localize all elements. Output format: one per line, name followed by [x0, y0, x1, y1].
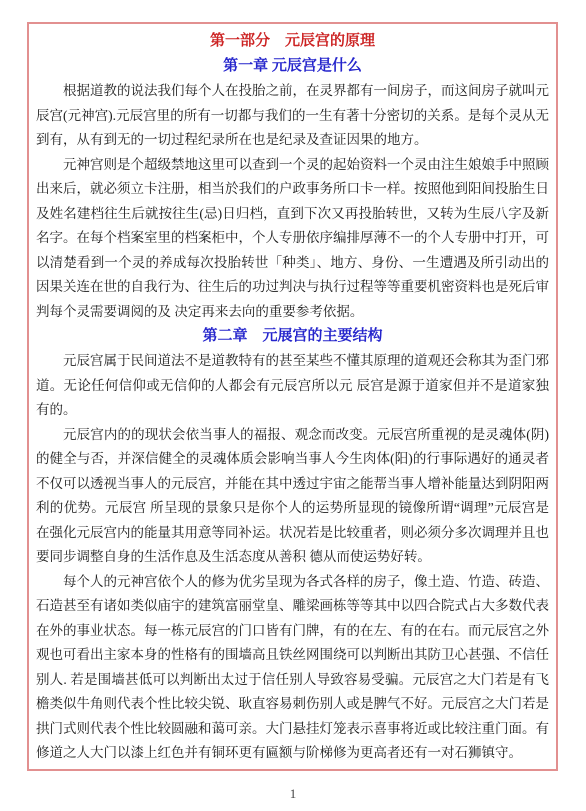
paragraph-house-appearance: 每个人的元神宫依个人的修为优劣呈现为各式各样的房子，像土造、竹造、砖造、石造甚至… — [36, 570, 549, 766]
chapter1-heading: 第一章 元辰宫是什么 — [36, 54, 549, 79]
paragraph-intro: 根据道教的说法我们每个人在投胎之前，在灵界都有一间房子，而这间房子就叫元辰宫(元… — [36, 79, 549, 153]
part-heading: 第一部分 元辰宫的原理 — [36, 29, 549, 54]
paragraph-inner-state: 元辰宫内的的现状会依当事人的福报、观念而改变。元辰宫所重视的是灵魂体(阴)的健全… — [36, 423, 549, 570]
document-border-frame: 第一部分 元辰宫的原理 第一章 元辰宫是什么 根据道教的说法我们每个人在投胎之前… — [27, 22, 558, 771]
page-number: 1 — [0, 786, 586, 802]
paragraph-yuanshen-palace-records: 元神宫则是个超级禁地这里可以查到一个灵的起始资料一个灵由注生娘娘手中照顾出来后，… — [36, 153, 549, 325]
paragraph-folk-daoism: 元辰宫属于民间道法不是道教特有的甚至某些不懂其原理的道观还会称其为歪门邪道。无论… — [36, 349, 549, 423]
document-page: 第一部分 元辰宫的原理 第一章 元辰宫是什么 根据道教的说法我们每个人在投胎之前… — [0, 0, 586, 811]
chapter2-heading: 第二章 元展宫的主要结构 — [36, 324, 549, 349]
